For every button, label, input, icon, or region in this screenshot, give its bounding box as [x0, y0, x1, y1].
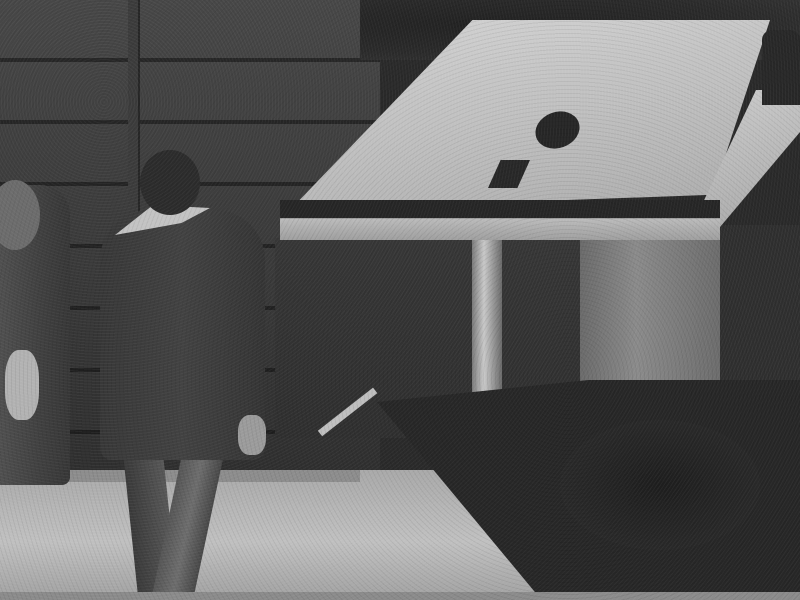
bush — [560, 420, 760, 550]
chimney — [762, 30, 800, 105]
person-center-head — [140, 150, 200, 215]
pole — [128, 0, 138, 230]
house-window-wall — [580, 232, 720, 382]
person-center-hand — [238, 415, 266, 455]
photograph — [0, 0, 800, 600]
photo-edge — [0, 592, 800, 600]
roof-eave — [280, 200, 720, 240]
person-left-hand — [5, 350, 39, 420]
